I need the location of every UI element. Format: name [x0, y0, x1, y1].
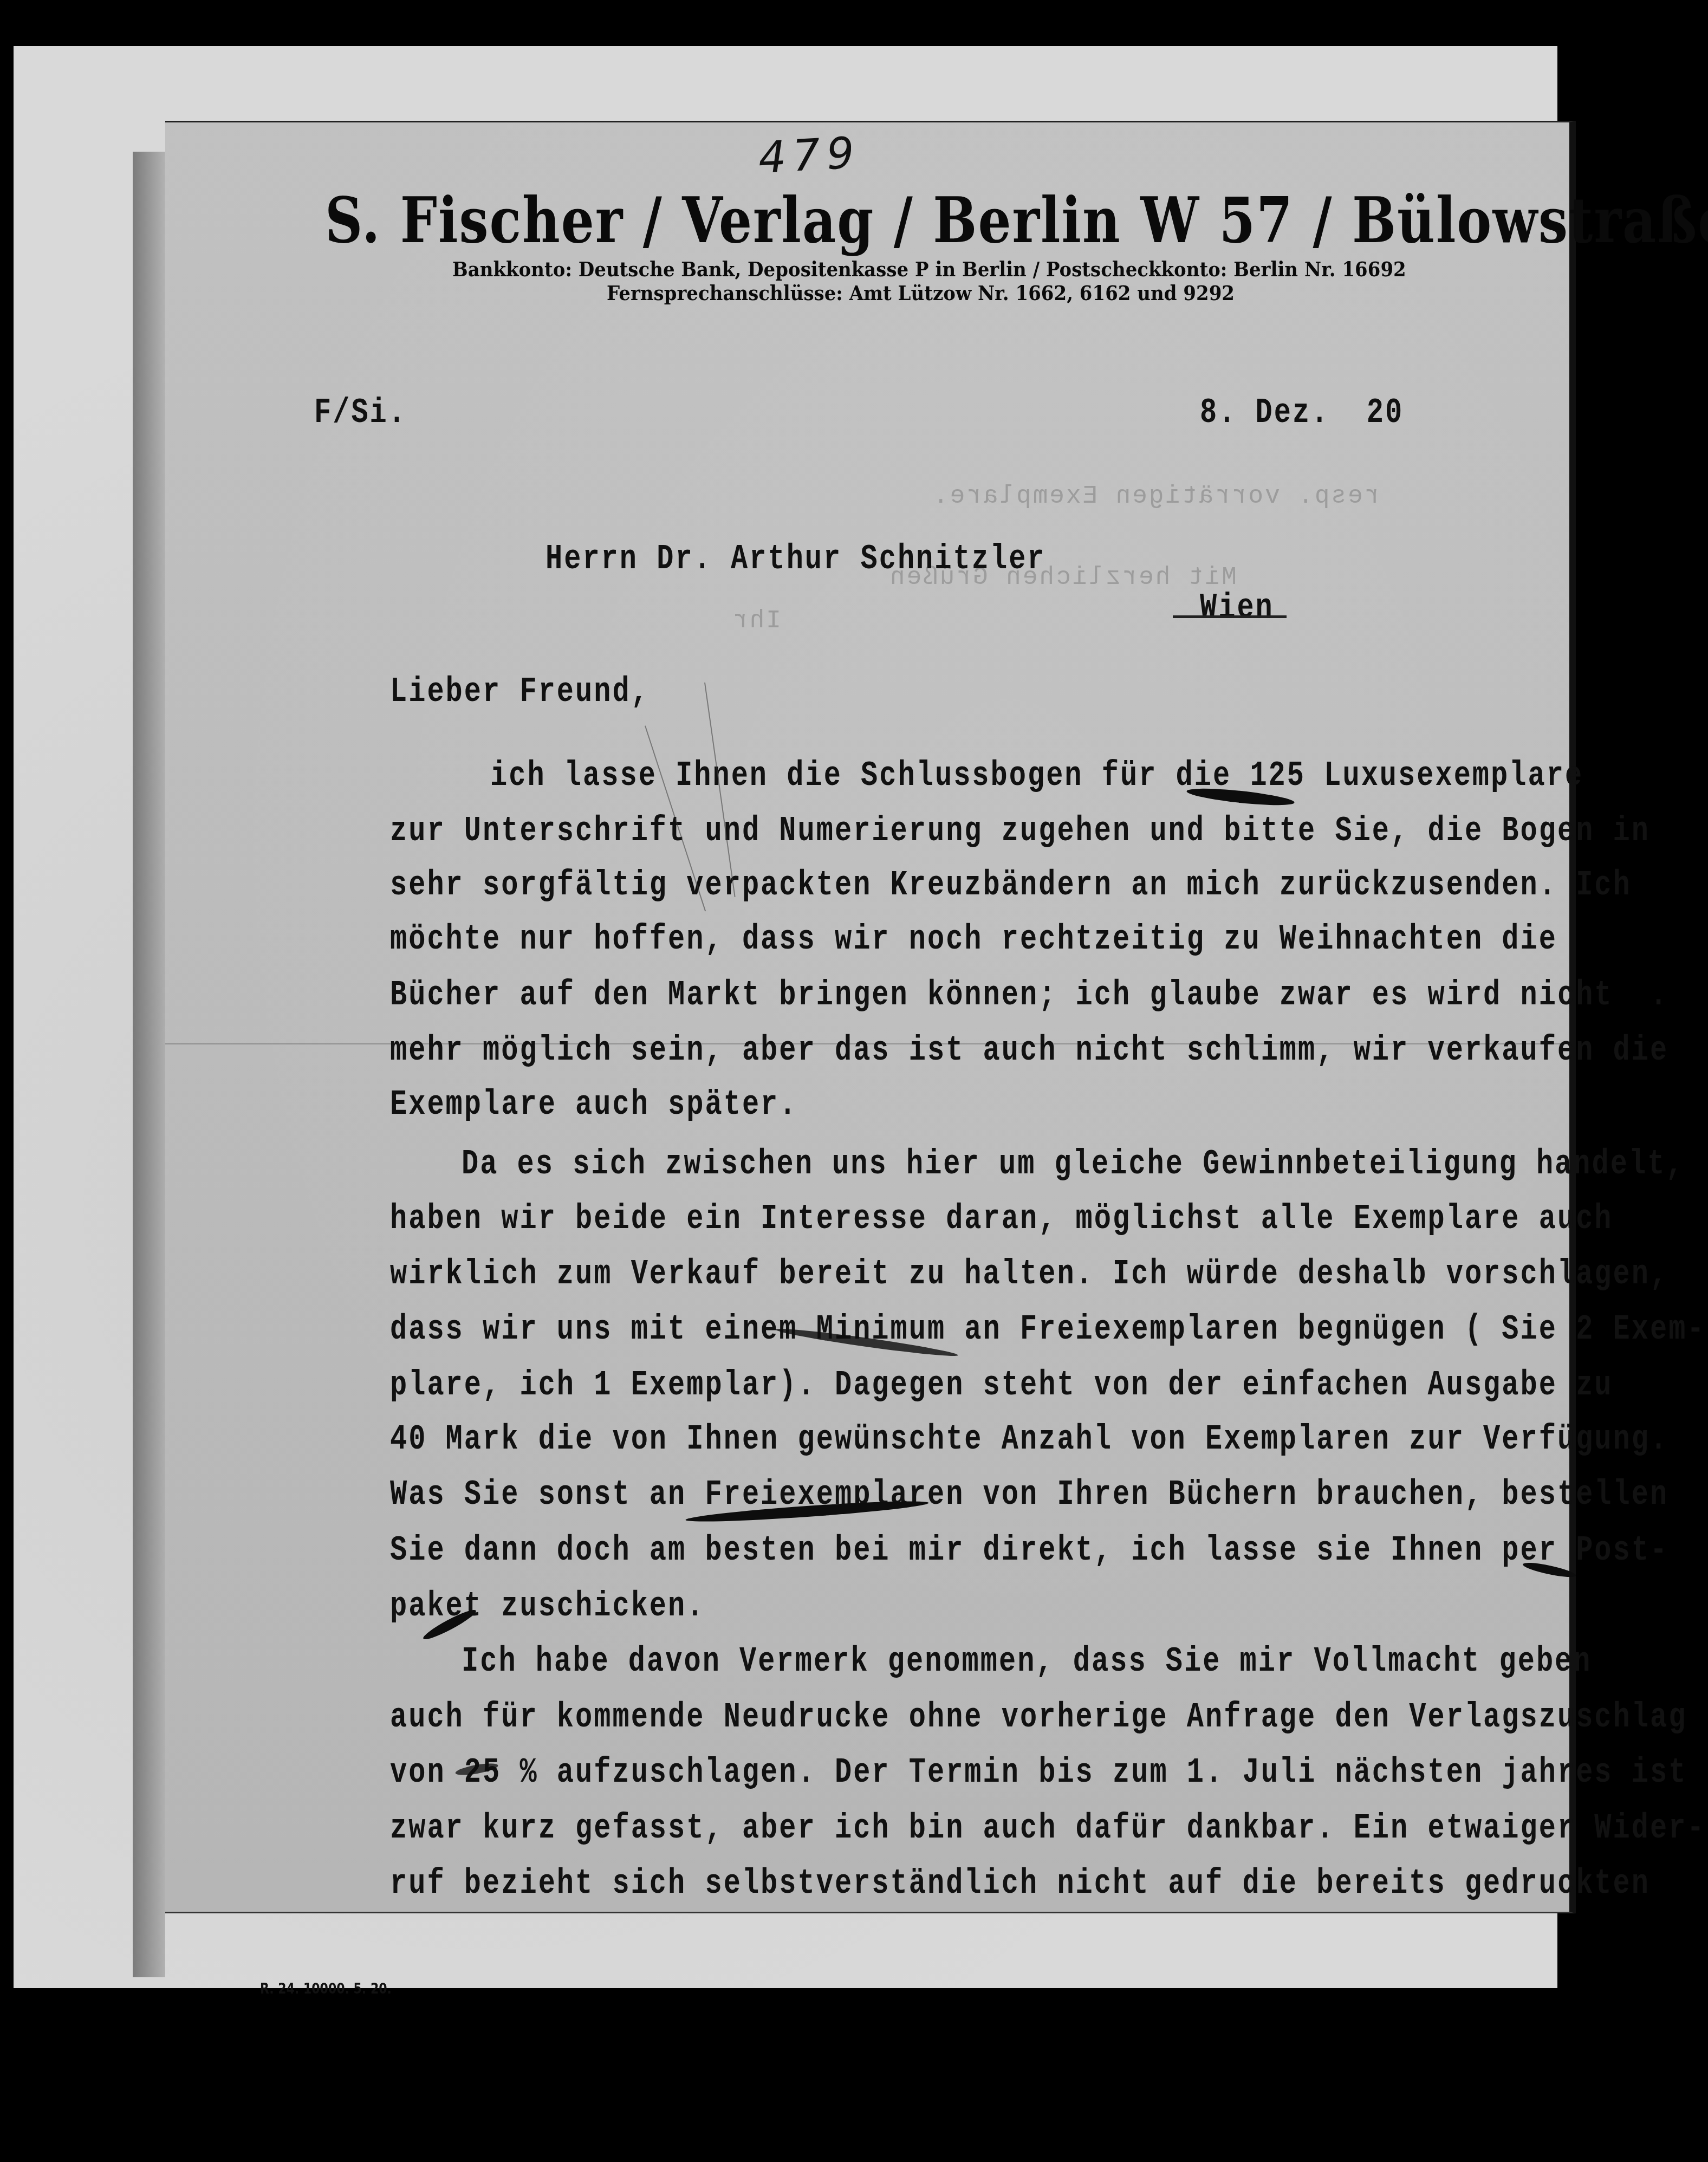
body-line: mehr möglich sein, aber das ist auch nic… [390, 1030, 1668, 1070]
body-line: Exemplare auch später. [390, 1085, 798, 1125]
body-line: auch für kommende Neudrucke ohne vorheri… [390, 1697, 1687, 1737]
body-line: sehr sorgfältig verpackten Kreuzbändern … [390, 865, 1632, 905]
body-line: zur Unterschrift und Numerierung zugehen… [390, 811, 1650, 851]
city-underline [1173, 615, 1287, 618]
letterhead-title: S. Fischer / Verlag / Berlin W 57 / Bülo… [325, 184, 1544, 257]
body-line: haben wir beide ein Interesse daran, mög… [390, 1199, 1613, 1239]
recipient-city: Wien [1200, 588, 1274, 628]
body-line: ruf bezieht sich selbstverständlich nich… [390, 1864, 1650, 1904]
body-line: von 25 % aufzuschlagen. Der Termin bis z… [390, 1752, 1687, 1793]
body-line: ich lasse Ihnen die Schlussbogen für die… [490, 756, 1583, 796]
show-through-text: Ihr [731, 607, 781, 635]
sheet-edge-shadow [133, 152, 165, 1977]
printer-form-code: R. 24. 10000. 5. 20. [260, 1982, 392, 1998]
body-line: zwar kurz gefasst, aber ich bin auch daf… [390, 1808, 1706, 1848]
letterhead-bank-line: Bankkonto: Deutsche Bank, Depositenkasse… [452, 258, 1406, 282]
letter-date: 8. Dez. 20 [1200, 393, 1404, 433]
body-line: Da es sich zwischen uns hier um gleiche … [462, 1144, 1685, 1184]
body-line: Sie dann doch am besten bei mir direkt, … [390, 1530, 1668, 1570]
body-line: paket zuschicken. [390, 1586, 705, 1626]
body-line: möchte nur hoffen, dass wir noch rechtze… [390, 919, 1557, 959]
body-line: Bücher auf den Markt bringen können; ich… [390, 975, 1668, 1015]
recipient-name: Herrn Dr. Arthur Schnitzler [545, 539, 1046, 579]
reference-code: F/Si. [314, 393, 407, 433]
body-line: dass wir uns mit einem Minimum an Freiex… [390, 1309, 1706, 1349]
letterhead-phone-line: Fernsprechanschlüsse: Amt Lützow Nr. 166… [607, 282, 1235, 306]
show-through-text: resp. vorrätigen Exemplare. [932, 482, 1379, 510]
body-line: plare, ich 1 Exemplar). Dagegen steht vo… [390, 1365, 1613, 1405]
body-line: Was Sie sonst an Freiexemplaren von Ihre… [390, 1475, 1668, 1515]
salutation: Lieber Freund, [390, 672, 650, 712]
archive-folio-number: 479 [757, 127, 862, 183]
body-line: 40 Mark die von Ihnen gewünschte Anzahl … [390, 1419, 1668, 1459]
body-line: Ich habe davon Vermerk genommen, dass Si… [462, 1641, 1592, 1681]
body-line: wirklich zum Verkauf bereit zu halten. I… [390, 1254, 1668, 1294]
